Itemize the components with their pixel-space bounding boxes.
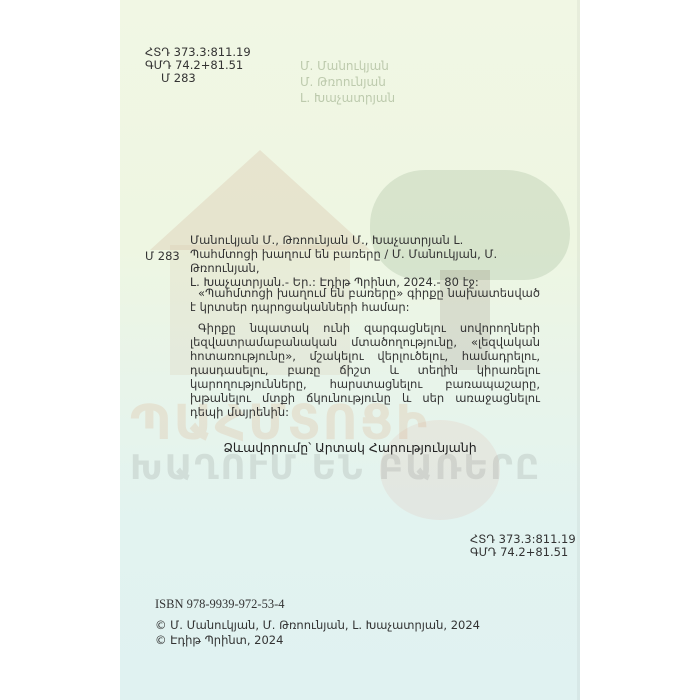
watermark-author: Մ. Թռոունյան [300, 74, 395, 90]
catalog-authors: Մանուկյան Մ., Թռոունյան Մ., Խաչատրյան Լ. [190, 233, 550, 247]
watermark-author: Մ. Մանուկյան [300, 58, 395, 74]
illustrator-credit: Ձևավորումը՝ Արտակ Հարությունյանի [120, 441, 580, 455]
watermark-author: Լ. Խաչատրյան [300, 90, 395, 106]
classification-top: ՀՏԴ 373.3:811.19 ԳՄԴ 74.2+81.51 Մ 283 [145, 46, 251, 85]
page-edge [577, 0, 580, 700]
copyright-block: © Մ. Մանուկյան, Մ. Թռոունյան, Լ. Խաչատրյ… [155, 618, 480, 648]
author-mark: Մ 283 [145, 72, 251, 85]
copyright-authors: © Մ. Մանուկյան, Մ. Թռոունյան, Լ. Խաչատրյ… [155, 618, 480, 633]
catalog-card: Մանուկյան Մ., Թռոունյան Մ., Խաչատրյան Լ.… [190, 233, 550, 289]
copyright-publisher: © Էդիթ Պրինտ, 2024 [155, 633, 480, 648]
annotation-paragraph: Գիրքը նպատակ ունի զարգացնելու սովորողներ… [190, 321, 540, 419]
lbc-code: ԳՄԴ 74.2+81.51 [470, 546, 576, 559]
catalog-title: Պահմտոցի խաղում են բառերը / Մ. Մանուկյան… [190, 247, 550, 275]
isbn: ISBN 978-9939-972-53-4 [155, 597, 285, 611]
classification-bottom: ՀՏԴ 373.3:811.19 ԳՄԴ 74.2+81.51 [470, 533, 576, 559]
book-imprint-page: ՊԱՀՄՏՈՑԻ ԽԱՂՈՒՄ ԵՆ ԲԱՌԵՐԸ Մ. Մանուկյան Մ… [120, 0, 580, 700]
annotation-paragraph: «Պահմտոցի խաղում են բառերը» գիրքը նախատե… [190, 286, 540, 314]
watermark-authors: Մ. Մանուկյան Մ. Թռոունյան Լ. Խաչատրյան [300, 58, 395, 106]
catalog-code: Մ 283 [145, 249, 180, 263]
annotation: «Պահմտոցի խաղում են բառերը» գիրքը նախատե… [190, 286, 540, 426]
